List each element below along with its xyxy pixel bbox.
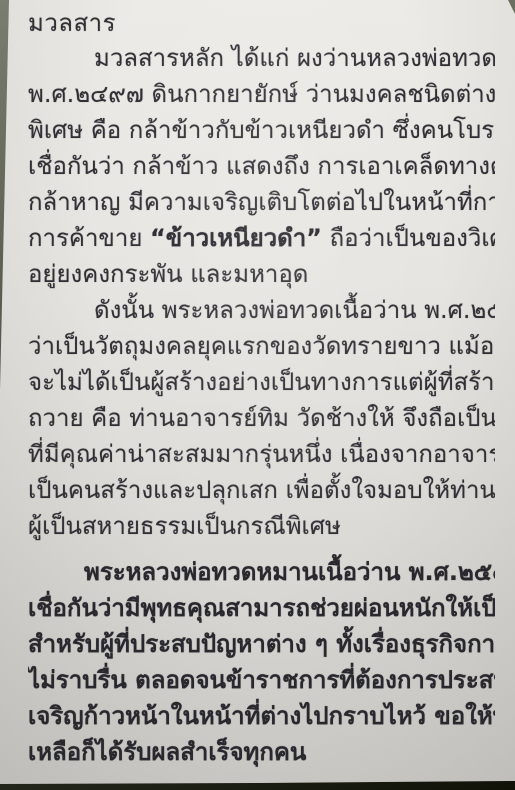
- text-line: กล้าหาญ มีความเจริญเติบโตต่อไปในหน้าที่ก…: [28, 184, 495, 220]
- text-line: เชื่อกันว่ามีพุทธคุณสามารถช่วยผ่อนหนักให…: [28, 590, 495, 626]
- text-line: เหลือก็ได้รับผลสำเร็จทุกคน: [28, 734, 495, 770]
- text-line: พิเศษ คือ กล้าข้าวกับข้าวเหนียวดำ ซึ่งคน…: [28, 112, 495, 148]
- text-line: ไม่ราบรื่น ตลอดจนข้าราชการที่ต้องการประส…: [28, 662, 495, 698]
- text-line: จะไม่ได้เป็นผู้สร้างอย่างเป็นทางการแต่ผู…: [28, 364, 495, 400]
- text-line: ดังนั้น พระหลวงพ่อทวดเนื้อว่าน พ.ศ.๒๕๐๗ …: [28, 292, 495, 328]
- document-page: มวลสาร มวลสารหลัก ได้แก่ ผงว่านหลวงพ่อทว…: [0, 0, 515, 790]
- text-line: อยู่ยงคงกระพัน และมหาอุด: [28, 256, 495, 292]
- text-segment: การค้าขาย: [28, 224, 150, 252]
- text-line-with-emphasis: การค้าขาย “ข้าวเหนียวดำ” ถือว่าเป็นของวิ…: [28, 220, 495, 256]
- text-line: ว่าเป็นวัตถุมงคลยุคแรกของวัดทรายขาว แม้อ…: [28, 328, 495, 364]
- paragraph-3: พระหลวงพ่อทวดหมานเนื้อว่าน พ.ศ.๒๕๐๗ เชื่…: [28, 554, 495, 770]
- page-title: มวลสาร: [28, 6, 495, 40]
- text-line: เชื่อกันว่า กล้าข้าว แสดงถึง การเอาเคล็ด…: [28, 148, 495, 184]
- text-line: ถวาย คือ ท่านอาจารย์ทิม วัดช้างให้ จึงถื…: [28, 400, 495, 436]
- text-segment: ถือว่าเป็นของวิเศษ มีความ: [322, 224, 495, 252]
- photo-background: มวลสาร มวลสารหลัก ได้แก่ ผงว่านหลวงพ่อทว…: [0, 0, 515, 790]
- paragraph-1: มวลสารหลัก ได้แก่ ผงว่านหลวงพ่อทวดรุ่นแร…: [28, 40, 495, 292]
- text-line: พ.ศ.๒๔๙๗ ดินกากยายักษ์ ว่านมงคลชนิดต่าง …: [28, 76, 495, 112]
- text-block: มวลสาร มวลสารหลัก ได้แก่ ผงว่านหลวงพ่อทว…: [28, 6, 495, 770]
- paragraph-2: ดังนั้น พระหลวงพ่อทวดเนื้อว่าน พ.ศ.๒๕๐๗ …: [28, 292, 495, 544]
- bold-phrase: “ข้าวเหนียวดำ”: [150, 224, 322, 252]
- text-line: พระหลวงพ่อทวดหมานเนื้อว่าน พ.ศ.๒๕๐๗: [28, 554, 495, 590]
- text-line: ผู้เป็นสหายธรรมเป็นกรณีพิเศษ: [28, 508, 495, 544]
- text-line: เป็นคนสร้างและปลุกเสก เพื่อตั้งใจมอบให้ท…: [28, 472, 495, 508]
- text-line: เจริญก้าวหน้าในหน้าที่ต่างไปกราบไหว้ ขอใ…: [28, 698, 495, 734]
- text-line: สำหรับผู้ที่ประสบปัญหาต่าง ๆ ทั้งเรื่องธ…: [28, 626, 495, 662]
- text-line: ที่มีคุณค่าน่าสะสมมากรุ่นหนึ่ง เนื่องจาก…: [28, 436, 495, 472]
- text-line: มวลสารหลัก ได้แก่ ผงว่านหลวงพ่อทวดรุ่นแร…: [28, 40, 495, 76]
